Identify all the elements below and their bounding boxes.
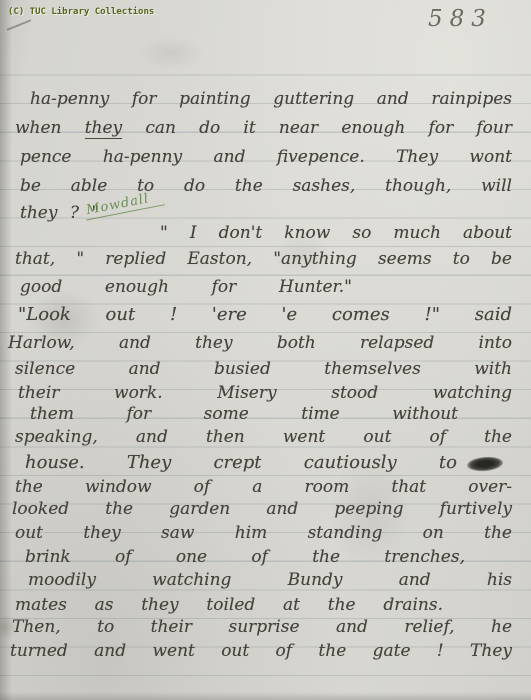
manuscript-line: turned and went out of the gate ! They	[10, 638, 512, 664]
manuscript-line: be able to do the sashes, though, will	[20, 173, 512, 199]
manuscript-line: good enough for Hunter."	[20, 274, 352, 300]
manuscript-line: when they can do it near enough for four	[15, 115, 512, 141]
manuscript-line: looked the garden and peeping furtively	[12, 496, 512, 522]
manuscript-line: silence and busied themselves with	[15, 356, 512, 382]
manuscript-line: Then, to their surprise and relief, he	[12, 614, 512, 640]
manuscript-line: " I don't know so much about	[160, 220, 512, 246]
manuscript-line: out they saw him standing on the	[15, 520, 512, 546]
manuscript-line: that, " replied Easton, "anything seems …	[15, 246, 512, 272]
manuscript-lines: ha-penny for painting guttering and rain…	[0, 0, 531, 700]
manuscript-line: ha-penny for painting guttering and rain…	[30, 86, 512, 112]
manuscript-line: "Look out ! 'ere 'e comes !" said	[18, 302, 512, 328]
ink-blot	[466, 455, 503, 472]
manuscript-line: pence ha-penny and fivepence. They wont	[20, 144, 512, 170]
manuscript-line: Harlow, and they both relapsed into	[8, 330, 512, 356]
manuscript-line: speaking, and then went out of the	[15, 424, 512, 450]
manuscript-line: house. They crept cautiously to	[25, 450, 457, 476]
manuscript-page: (C) TUC Library Collections 583 ha-penny…	[0, 0, 531, 700]
manuscript-line: moodily watching Bundy and his	[28, 567, 512, 593]
